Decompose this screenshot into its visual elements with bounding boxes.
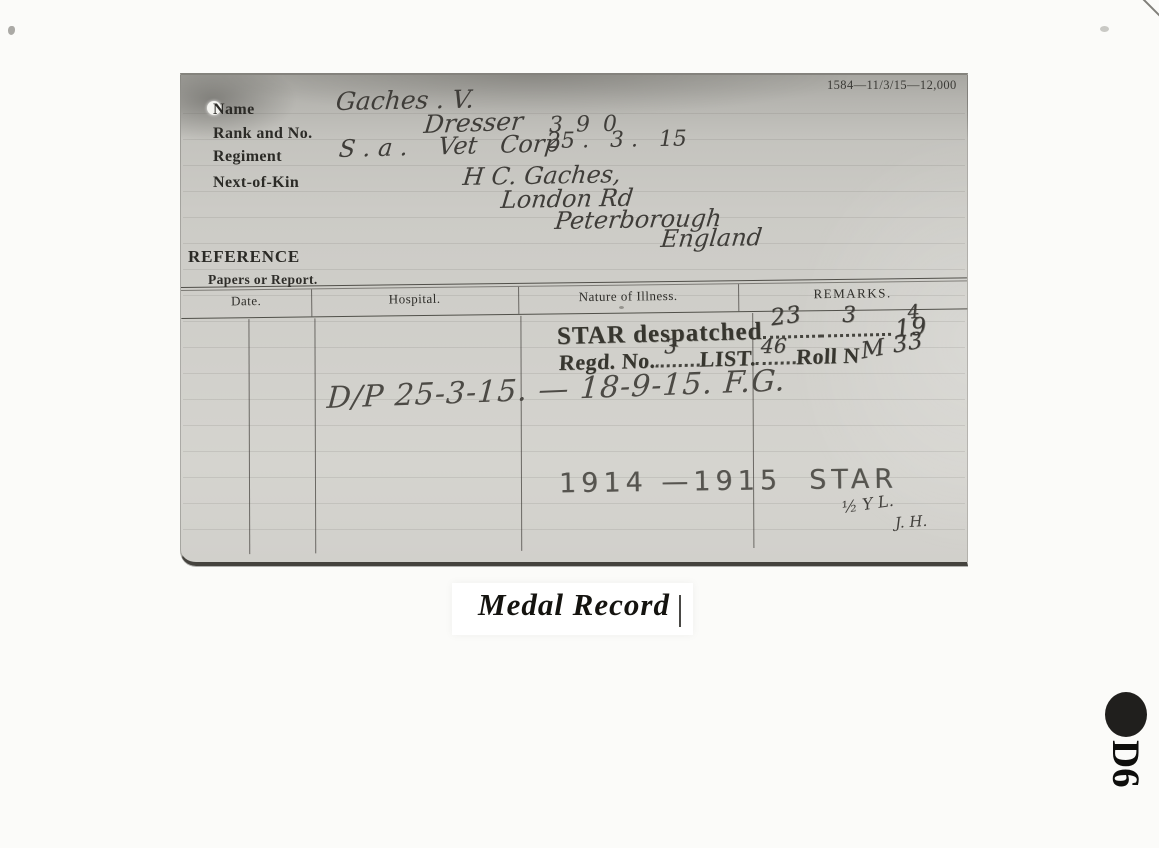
- regiment-value: S . a . Vet Corp: [338, 129, 562, 163]
- column-header-nature-of-illness: Nature of Illness.: [518, 287, 738, 306]
- caption-text: Medal Record: [478, 587, 670, 622]
- column-header-date: Date.: [181, 292, 311, 310]
- form-print-code: 1584—11/3/15—12,000: [827, 78, 957, 93]
- corner-fold-mark: [1141, 0, 1159, 17]
- caption-mark: [679, 595, 681, 627]
- roll-label: Roll N: [796, 343, 861, 370]
- clerk-initials-line2: J. H.: [894, 512, 927, 532]
- despatched-day-handwritten: 23: [769, 301, 803, 331]
- caption-strip: Medal Record: [452, 583, 693, 635]
- rank-and-no-label: Rank and No.: [213, 125, 313, 143]
- scan-speck: [8, 26, 15, 35]
- regiment-label: Regiment: [213, 148, 282, 166]
- reference-heading: REFERENCE: [188, 247, 300, 267]
- page-marker-text: D6: [1107, 740, 1146, 788]
- 1914-1915-star-stamp: 1914 —1915 STAR: [559, 464, 898, 500]
- regd-no-handwritten: 3: [664, 334, 678, 358]
- body-column-line: [248, 319, 250, 554]
- regiment-date-value: 25 . 3 . 15: [547, 127, 687, 154]
- list-no-handwritten: 46: [760, 333, 788, 358]
- scan-speck: [619, 306, 624, 309]
- despatched-year-overlay: 4: [906, 300, 921, 323]
- despatched-month-handwritten: 3: [842, 303, 858, 328]
- medal-record-card: 1584—11/3/15—12,000 Name Rank and No. Re…: [180, 73, 968, 566]
- name-label: Name: [213, 101, 255, 119]
- kin-country-value: England: [660, 223, 764, 253]
- scanned-page: 1584—11/3/15—12,000 Name Rank and No. Re…: [0, 0, 1159, 848]
- page-marker: D6: [1103, 692, 1149, 792]
- next-of-kin-label: Next-of-Kin: [213, 174, 299, 192]
- index-dot: [1105, 692, 1147, 737]
- body-column-line: [520, 316, 522, 551]
- scan-speck: [1100, 26, 1109, 32]
- column-header-hospital: Hospital.: [311, 290, 518, 309]
- body-column-line: [314, 318, 316, 553]
- column-header-remarks: REMARKS.: [738, 284, 967, 303]
